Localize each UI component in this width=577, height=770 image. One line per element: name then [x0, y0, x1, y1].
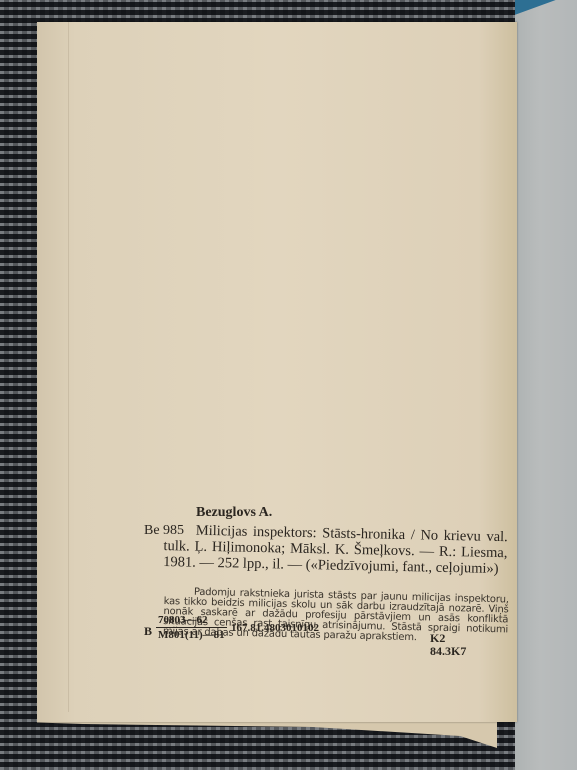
- isbn-code: 167.81.4803010102: [231, 622, 319, 634]
- classification-code: K2 84.3K7: [430, 632, 466, 658]
- bibliographic-description: Milicijas inspektors: Stāsts-hronika / N…: [163, 522, 508, 577]
- page-fold: [68, 22, 69, 712]
- index-letter: B: [144, 624, 152, 639]
- udc-line-2: 84.3K7: [430, 645, 466, 658]
- author-name: Bezuglovs A.: [196, 505, 272, 521]
- fraction-denominator: M801(11)—81: [156, 628, 227, 641]
- page-curl: [37, 718, 497, 748]
- fraction-numerator: 70803—62: [156, 614, 227, 628]
- book-cover: [515, 0, 577, 770]
- catalog-fraction: 70803—62 M801(11)—81: [156, 614, 227, 641]
- cover-edge: [515, 0, 577, 26]
